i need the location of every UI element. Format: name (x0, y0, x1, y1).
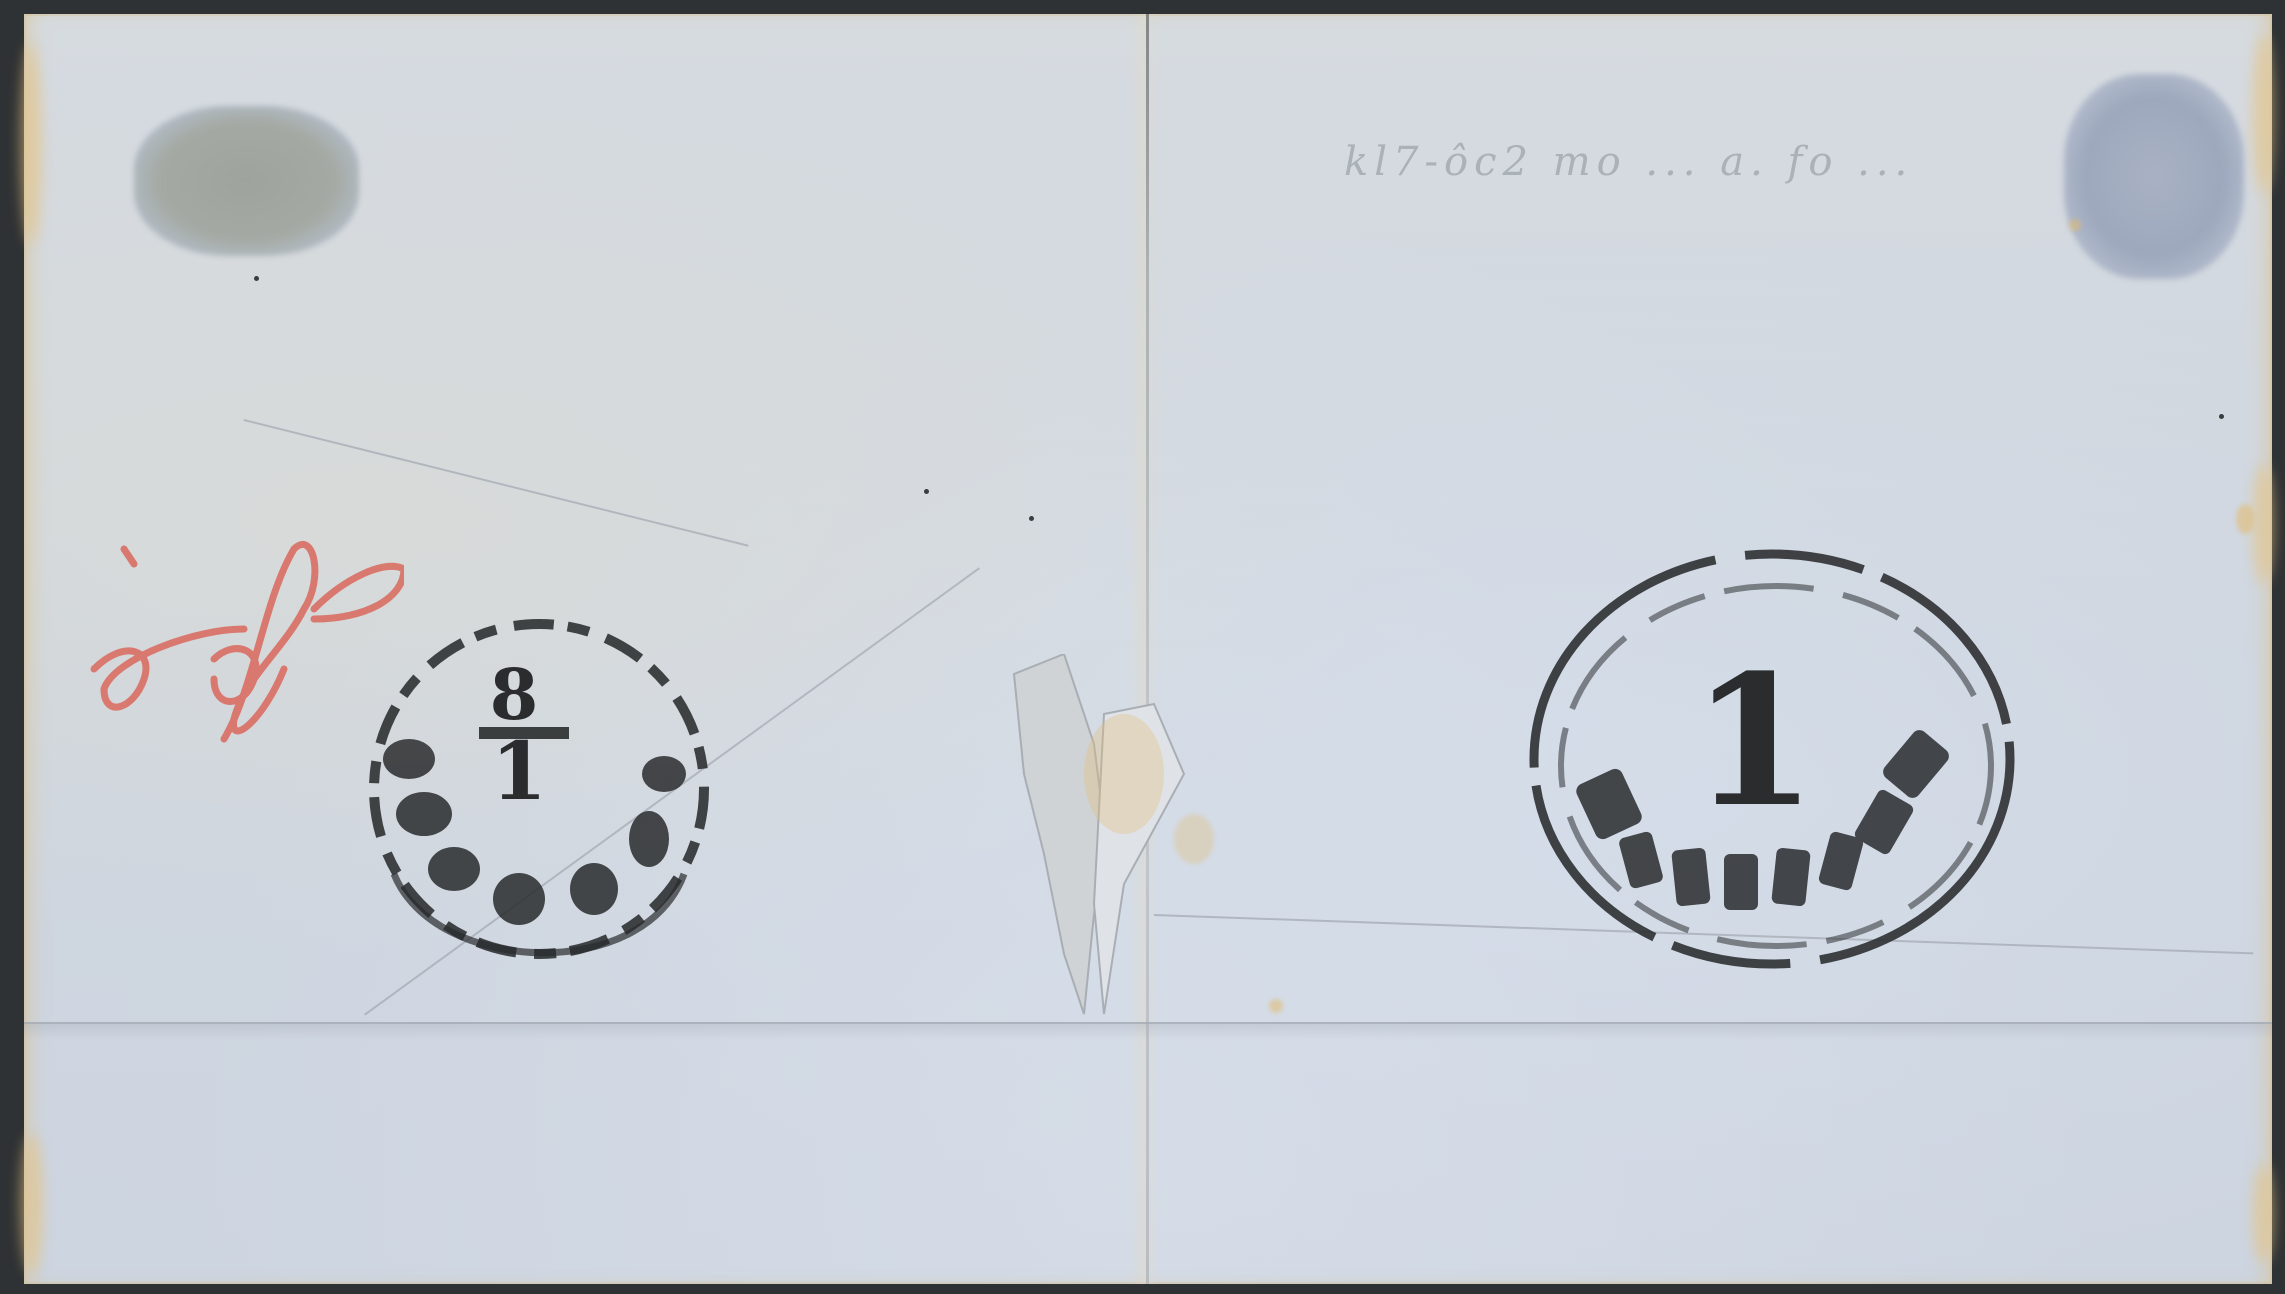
edge-foxing (2252, 1164, 2274, 1264)
speck (254, 276, 259, 281)
foxing-spot (2069, 219, 2081, 231)
speck (924, 489, 929, 494)
vertical-fold-shading (1129, 14, 1159, 1284)
speck (2219, 414, 2224, 419)
postmark-right-numeral: 1 (1691, 636, 1816, 847)
letter-sheet: kl7-ôc2 mo ... a. fo ... 8 1 (24, 14, 2272, 1284)
edge-foxing (2252, 34, 2274, 194)
edge-foxing (20, 44, 42, 244)
foxing-spot (1269, 999, 1283, 1013)
edge-foxing (2252, 464, 2274, 584)
pencil-note: kl7-ôc2 mo ... a. fo ... (1344, 139, 1913, 185)
speck (1029, 516, 1034, 521)
seal-stain-top-left (134, 106, 359, 256)
postmark-left-numeral-bottom: 1 (491, 724, 547, 818)
foxing-spot (1174, 814, 1214, 864)
edge-foxing (20, 1134, 44, 1274)
foxing-spot (2236, 504, 2254, 534)
scan-background: kl7-ôc2 mo ... a. fo ... 8 1 (0, 0, 2285, 1294)
postmark-left-circular: 8 1 (354, 584, 724, 994)
red-crayon-mark (64, 519, 404, 759)
postmark-right-double-oval: 1 (1514, 504, 2034, 984)
seal-stain-top-right (2064, 74, 2244, 279)
vertical-fold (1146, 14, 1149, 1284)
